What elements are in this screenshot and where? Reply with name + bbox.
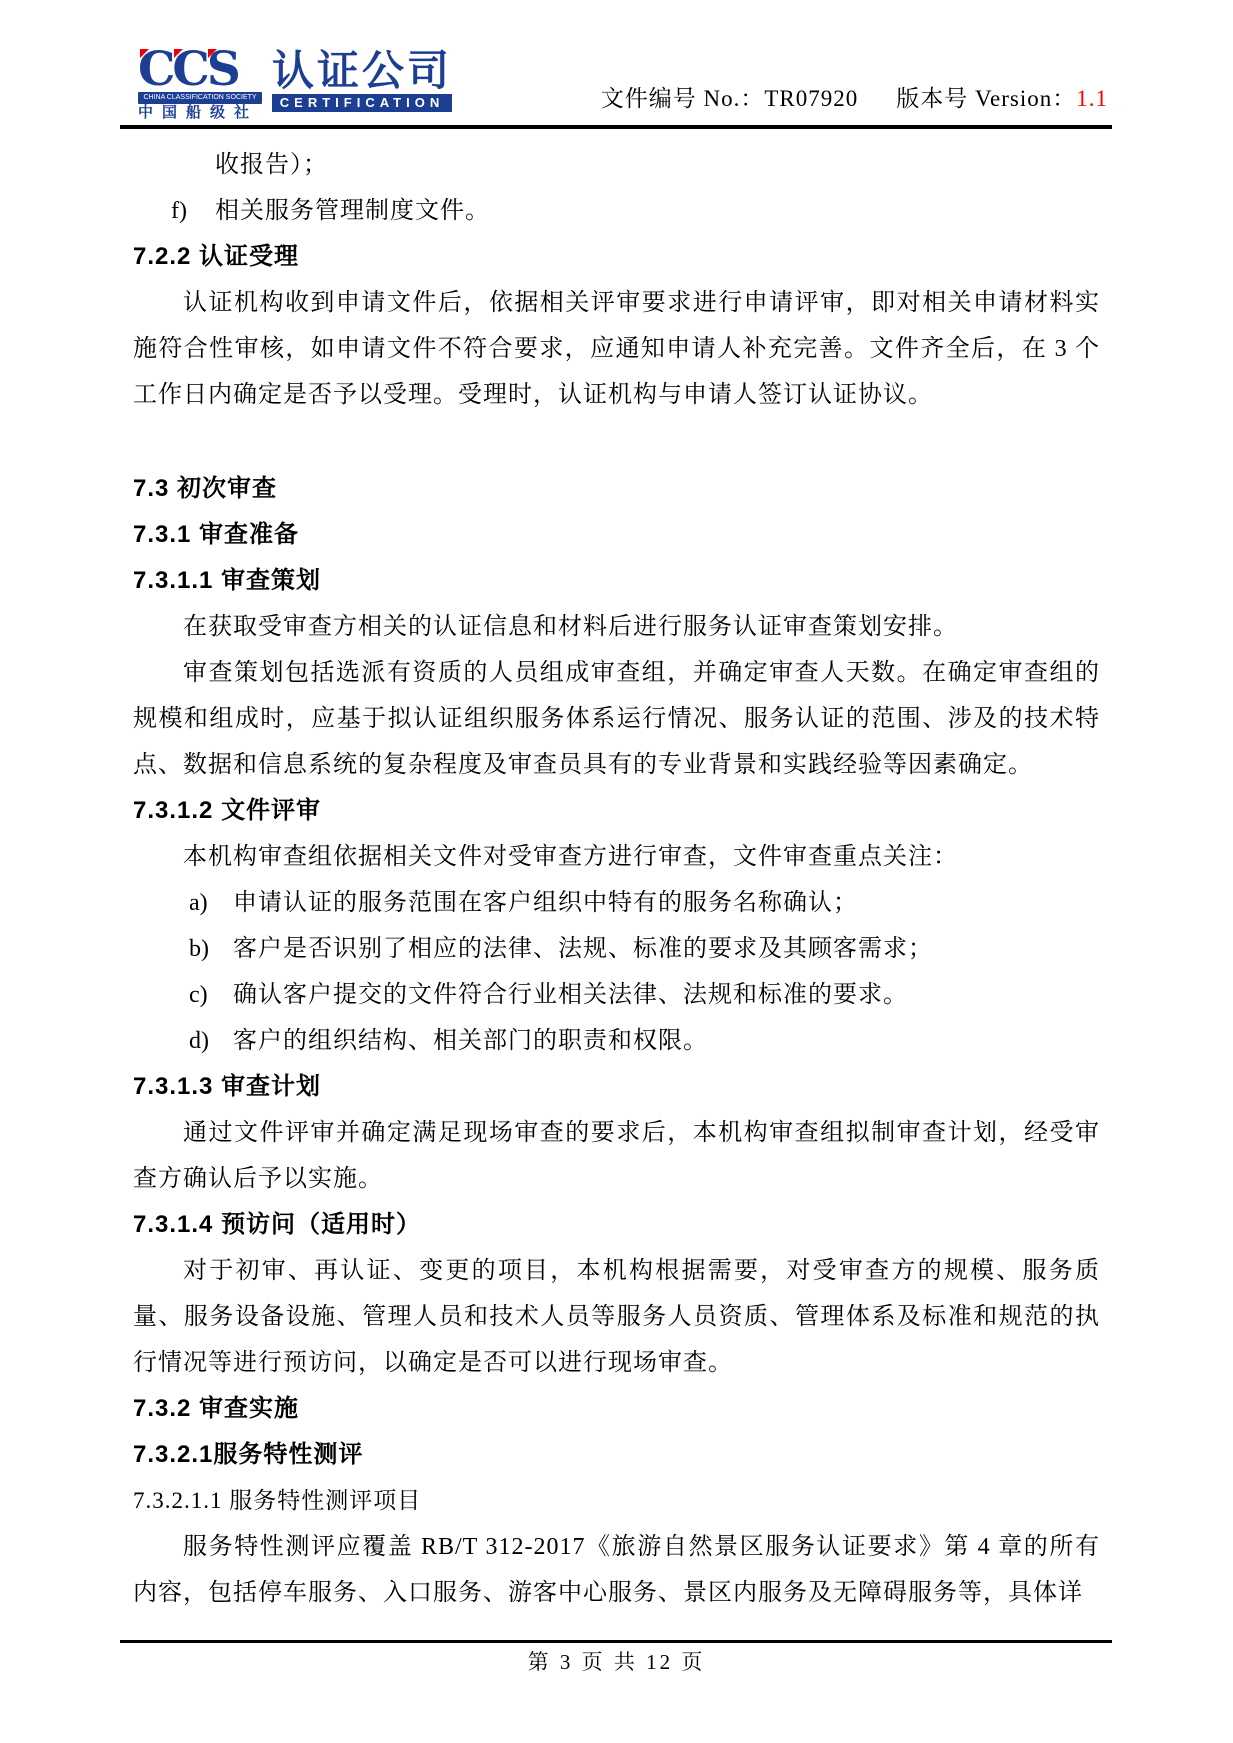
page-header: CCS CHINA CLASSIFICATION SOCIETY 中国船级社 认… bbox=[120, 0, 1112, 129]
list-item-b: b) 客户是否识别了相应的法律、法规、标准的要求及其顾客需求； bbox=[133, 926, 1100, 972]
paragraph-7-3-2-1-1: 服务特性测评应覆盖 RB/T 312-2017《旅游自然景区服务认证要求》第 4… bbox=[133, 1524, 1100, 1616]
list-marker: c) bbox=[189, 972, 233, 1018]
ccs-logo-wordmark: 认证公司 CERTIFICATION bbox=[272, 50, 452, 112]
version-label: 版本号 Version： bbox=[896, 86, 1076, 111]
heading-7-3-1-4: 7.3.1.4 预访问（适用时） bbox=[133, 1202, 1100, 1248]
list-item-text: 相关服务管理制度文件。 bbox=[215, 188, 1100, 234]
document-page: CCS CHINA CLASSIFICATION SOCIETY 中国船级社 认… bbox=[0, 0, 1233, 1743]
heading-7-3-2: 7.3.2 审查实施 bbox=[133, 1386, 1100, 1432]
paragraph-7-3-1-1-b: 审查策划包括选派有资质的人员组成审查组，并确定审查人天数。在确定审查组的规模和组… bbox=[133, 650, 1100, 788]
footer-divider bbox=[120, 1640, 1112, 1643]
company-name-cn: 认证公司 bbox=[272, 50, 452, 92]
doc-number-value: TR07920 bbox=[764, 86, 858, 111]
paragraph-7-3-1-2: 本机构审查组依据相关文件对受审查方进行审查，文件审查重点关注： bbox=[133, 834, 1100, 880]
list-item-text: 确认客户提交的文件符合行业相关法律、法规和标准的要求。 bbox=[233, 972, 1100, 1018]
ccs-red-accent bbox=[140, 49, 149, 58]
heading-7-2-2: 7.2.2 认证受理 bbox=[133, 234, 1100, 280]
heading-7-3-2-1-1: 7.3.2.1.1 服务特性测评项目 bbox=[133, 1478, 1100, 1524]
version-value: 1.1 bbox=[1076, 86, 1108, 111]
list-item-text: 申请认证的服务范围在客户组织中特有的服务名称确认； bbox=[233, 880, 1100, 926]
heading-7-3-1-1: 7.3.1.1 审查策划 bbox=[133, 558, 1100, 604]
list-item-f: f) 相关服务管理制度文件。 bbox=[133, 188, 1100, 234]
paragraph-7-3-1-4: 对于初审、再认证、变更的项目，本机构根据需要，对受审查方的规模、服务质量、服务设… bbox=[133, 1248, 1100, 1386]
document-meta: 文件编号 No.：TR07920版本号 Version：1.1 bbox=[601, 80, 1108, 113]
paragraph-7-2-2: 认证机构收到申请文件后，依据相关评审要求进行申请评审，即对相关申请材料实施符合性… bbox=[133, 280, 1100, 418]
heading-7-3-1-2: 7.3.1.2 文件评审 bbox=[133, 788, 1100, 834]
list-marker: d) bbox=[189, 1018, 233, 1064]
document-body: 收报告）； f) 相关服务管理制度文件。 7.2.2 认证受理 认证机构收到申请… bbox=[133, 132, 1100, 1616]
ccs-society-cn: 中国船级社 bbox=[138, 105, 262, 121]
continuation-line: 收报告）； bbox=[133, 142, 1100, 188]
paragraph-7-3-1-3: 通过文件评审并确定满足现场审查的要求后，本机构审查组拟制审查计划，经受审查方确认… bbox=[133, 1110, 1100, 1202]
paragraph-7-3-1-1-a: 在获取受审查方相关的认证信息和材料后进行服务认证审查策划安排。 bbox=[133, 604, 1100, 650]
ccs-logo-mark: CCS CHINA CLASSIFICATION SOCIETY 中国船级社 bbox=[138, 50, 262, 121]
heading-7-3-1: 7.3.1 审查准备 bbox=[133, 512, 1100, 558]
list-marker: a) bbox=[189, 880, 233, 926]
list-item-text: 客户是否识别了相应的法律、法规、标准的要求及其顾客需求； bbox=[233, 926, 1100, 972]
doc-number-label: 文件编号 No.： bbox=[601, 86, 765, 111]
heading-7-3: 7.3 初次审查 bbox=[133, 466, 1100, 512]
ccs-logo-letters: CCS bbox=[138, 50, 262, 90]
ccs-logo: CCS CHINA CLASSIFICATION SOCIETY 中国船级社 认… bbox=[138, 50, 452, 121]
certification-bar: CERTIFICATION bbox=[272, 94, 452, 112]
list-marker: b) bbox=[189, 926, 233, 972]
list-marker: f) bbox=[171, 188, 215, 234]
ccs-red-accent bbox=[208, 49, 217, 58]
list-item-d: d) 客户的组织结构、相关部门的职责和权限。 bbox=[133, 1018, 1100, 1064]
list-item-text: 客户的组织结构、相关部门的职责和权限。 bbox=[233, 1018, 1100, 1064]
list-item-a: a) 申请认证的服务范围在客户组织中特有的服务名称确认； bbox=[133, 880, 1100, 926]
heading-7-3-1-3: 7.3.1.3 审查计划 bbox=[133, 1064, 1100, 1110]
heading-7-3-2-1: 7.3.2.1服务特性测评 bbox=[133, 1432, 1100, 1478]
ccs-red-accent bbox=[174, 49, 183, 58]
list-item-c: c) 确认客户提交的文件符合行业相关法律、法规和标准的要求。 bbox=[133, 972, 1100, 1018]
page-number: 第 3 页 共 12 页 bbox=[0, 1646, 1233, 1676]
